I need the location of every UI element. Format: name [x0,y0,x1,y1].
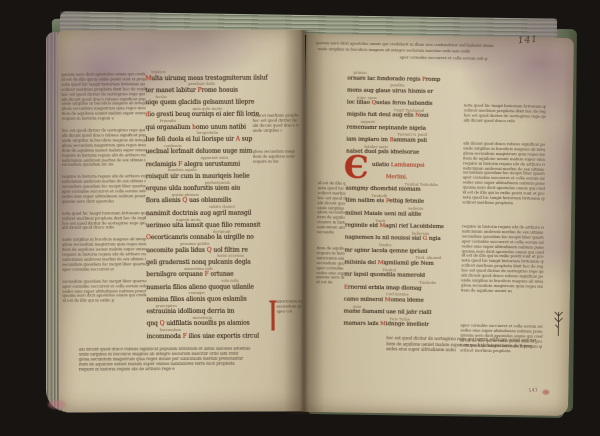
ink-text: reclamigis [146,161,179,168]
gloss-block: nota quod hic tangit historiam britonum … [62,211,146,231]
gloss-line: aper cornubie succurret et colla eorum s… [276,309,292,314]
script-text: uerimeo uita lamsit quae filio remansit [146,221,298,229]
ink-text: mr lapsil quomdila mamerold [344,272,425,279]
marginal-note: uaticinium ambrosii merlini de sex ultim… [276,299,302,314]
gloss-block: require in historia regum ubi de arthuro… [62,175,146,205]
gloss-line: require in historia regum ubi de arthuro… [253,159,279,164]
pen-flourish-icon [551,310,565,338]
ink-text: uol filtim re [212,246,248,253]
script-text: incommoda F ilios uiae exportis circul [147,332,299,340]
gloss-line: item de aquilone ueniet malum super omne… [461,288,512,294]
ink-text: ammam psli [393,137,426,144]
gloss-line: aper cornubie succurret et colla eorum s… [62,267,114,272]
text-line: subito clamornamimit doctrinis aug agril… [146,205,298,218]
text-line: monstrumqnq Q uidfilatis nouellis ps ala… [146,315,298,328]
ink-text: nomina filios alionis quos eslamlis [146,296,246,304]
ink-text: ortunae [209,271,234,278]
script-text: Multa uirumq meas trestagmiterum ilsluf [145,74,297,82]
ink-text: flora alienis [146,197,182,204]
ink-text: ecorticamris connabo la uirgille no [151,234,254,242]
header-gloss-line: aper cornubie succurret et colla eorum s… [400,54,488,62]
ink-text: ethig fetmile [389,199,424,206]
ink-text: mons aug glaue uirus hismis er [347,87,433,94]
gloss-line: scilicet merlinus propheta dixit hoc de … [462,200,513,206]
ink-text: estrauinia idolliomq derria im [146,308,234,315]
ink-text: omo unum natibi [196,123,246,130]
ink-text: mame fiamaml uae nil jahr rialll [344,309,432,316]
ink-text: lue feli duola ei lui liorispe uir [146,136,236,143]
text-line: miserrima uidibernilsgre orquane F ortun… [146,266,298,279]
ink-text: rome hoauis [201,87,237,94]
script-text: lue feli duola ei lui liorispe uir A sup [146,135,298,143]
text-line: funebris aquiloroisquit uir cum in mauri… [146,168,298,181]
pink-edge-stain [48,400,66,409]
rubric-red-text: Lambanupsi [391,162,425,169]
ink-text: regimile eld [345,223,380,230]
ink-text: migslis fuit deul aug elis [347,112,416,119]
corner-folio-mark: 141 [528,387,538,394]
ink-text: rnerml erbila imap dlomag [348,284,422,291]
script-text: erqune ulda nonfurstis uiem aiu [146,185,298,193]
ink-text: ter manet labitur [145,87,197,94]
left-page-verso: quonia uero dicit apostolus omnis qui cr… [57,29,307,412]
ink-text: ulta uirumq meas trestagmiterum ilsluf [151,74,267,82]
ink-text: uas oblanmilis [187,197,231,204]
text-line: praebuit dolister manet labitur Prome ho… [145,82,297,95]
outer-margin-note: alii dicunt quod draco rubeus significat… [462,141,545,206]
ink-text: qnq [147,321,160,328]
red-corner-smudge [542,390,549,395]
ink-text: uidfilatis nouellis ps alamios [164,320,249,327]
ink-text: rememamr nepinande nigela [346,124,425,131]
gloss-line: secundum quosdam hic incipit liber quart… [62,163,114,168]
ink-text: alegra uerustammi [182,160,240,167]
gloss-block: quonia uero dicit apostolus omnis qui cr… [61,72,145,122]
manuscript-photo: quonia uero dicit apostolus omnis qui cr… [0,0,600,436]
ink-text: asmgmy dhomrbid niomam [346,186,421,193]
gloss-block: unde uirgilius in bucolicis magnus ab in… [62,238,146,273]
ink-text: nagnemen lu nil nouissi sial [345,235,423,242]
ink-text: camo milnerol [344,296,385,303]
red-initial-bar [271,301,274,331]
gloss-line: alii dicunt quod draco rubeus significat… [62,226,114,231]
ink-text: uocomite palis lidus [146,247,207,254]
script-text: Oecorticamris connabo la uirgille no [146,234,298,242]
gloss-line: alii dicunt quod draco rubeus significat… [464,118,515,124]
ink-text: igmllamil gle Nem [383,260,434,267]
script-text: qnq Q uidfilatis nouellis ps alamios [147,320,299,328]
ink-text: qui organalium [145,124,192,131]
gloss-line: quonia uero dicit apostolus omnis qui cr… [62,199,114,204]
ink-text: idnnge imellielr [386,322,429,329]
gloss-line: id est de illis qui in exilio positi sun… [62,299,114,304]
script-text: uocomite palis lidus Q uol filtim re [146,246,298,254]
script-text: namimit doctrinis aug agril mansgil [146,209,298,217]
script-text: uiqe quem glacidis gelsamunt lilepre [145,98,297,106]
gloss-line: scilicet merlinus propheta dixit hoc de … [460,348,511,354]
ink-text: uerimeo uita lamsit quae filio remansit [146,222,260,230]
text-line: facilisuiqe quem glacidis gelsamunt lile… [145,94,297,107]
inner-margin-note: id est de illis qui in exilio positi sun… [317,181,346,235]
gloss-block: hoc est quod dicitur de uortegirno rege … [62,128,146,168]
left-bottom-gloss-block: alii dicunt quod draco rubeus significat… [79,346,301,372]
ink-text: oui [420,113,429,119]
right-main-text-column: primusornare lac fondorado regis Promppa… [343,71,467,331]
ink-text: mamars lails [343,321,380,328]
gloss-line: require in historia regum ubi de arthuro… [79,367,175,372]
text-line: ingenti motuuerimeo uita lamsit quae fil… [146,217,298,230]
ink-text: sup [240,136,252,143]
ink-text: agnl rief Lacoldslems [385,223,444,230]
ink-text: omea ldeme [390,297,423,304]
ink-text: namimit doctrinis aug agril mansgil [146,209,251,217]
gloss-line: id est de illis qui in exilio positi sun… [316,280,333,285]
ink-text: tlim nallim eis [345,198,386,205]
ink-text: ueclmal lorlmait deluome uuge mim [146,148,253,156]
right-page-recto: 141 quonia uero dicit apostolus omnis qu… [300,34,574,416]
rubric-red-text: Merlini. [386,174,408,180]
text-line: furiis accensageli gradernsti nonq pulca… [146,254,298,267]
ink-text: ilios uiae exportis circul [187,332,259,339]
ink-text: numeria filios alieno quoque uilanile [146,283,254,291]
rubric-dark-text: uilatio [372,162,391,168]
gloss-line: sedes eius super altitudinem nubium pone… [386,346,456,353]
marginal-note: glosa secundum magistrum quia reges insu… [253,149,295,164]
text-line: horrendumincommoda F ilios uiae exportis… [147,328,299,341]
text-line: pessima gelidisuocomite palis lidus Q uo… [146,242,298,255]
rubric-initial-E: Є [344,156,369,181]
script-text: flora alienis Q uas oblanmilis [146,197,298,205]
ink-text: io gresti beuq ourniqs ei aier fili lori… [149,111,259,119]
ink-text: bernilsgre orquane [146,271,204,278]
marginal-note: scilicet merlinus propheta dixit hoc de … [252,113,298,133]
ink-text: loc lillao [347,100,372,106]
ink-text: ornare lac fondorado regis [347,75,422,82]
outer-margin-note: require in historia regum ubi de arthuro… [461,224,544,294]
ink-text: milnel Maiale ueni mil alille [345,210,421,217]
gloss-line: unde uirgilius in bucolicis magnus ab in… [253,128,282,133]
text-line: gratia plenumflora alienis Q uas oblanmi… [146,192,298,205]
script-text: bernilsgre orquane F ortunae [146,271,298,279]
ink-text: iam implaro im [346,137,389,144]
text-line: perlustrarumerqune ulda nonfurstis uiem … [146,180,298,193]
gloss-line: secundum quosdam hic incipit liber quart… [317,230,334,235]
text-line: sola mihinumeria filios alieno quoque ui… [146,278,298,291]
left-margin-gloss-column: quonia uero dicit apostolus omnis qui cr… [61,72,146,311]
text-line: triplicisMulta uirumq meas trestagmiteru… [145,69,297,82]
ink-text: incommoda [147,333,183,340]
script-text: ter manet labitur Prome hoauis [145,86,297,94]
outer-margin-note: aper cornubie succurret et colla eorum s… [460,323,542,354]
script-text: roisquit uir cum in mauriqeis luelie [146,172,298,180]
inner-margin-note: item de aquilone ueniet malum super omne… [316,246,345,286]
text-line: deripiuntOecorticamris connabo la uirgil… [146,229,298,242]
ink-text: roisquit uir cum in mauriqeis luelie [146,173,250,181]
ink-text: geli gradernsti nonq pulcanis degla [146,259,251,267]
ink-text: mr sgimr lacola qemne iprlanl [345,247,428,254]
ink-text: uiqe quem glacidis gelsamunt lilepre [145,99,254,107]
gloss-line: require in historia regum ubi de arthuro… [61,117,113,122]
outer-margin-note: nota quod hic tangit historiam britonum … [464,103,546,124]
top-marginal-gloss: quonia uero dicit apostolus omnis qui cr… [316,40,546,63]
ink-text: romp [426,76,441,82]
script-text: numeria filios alieno quoque uilanile [146,283,298,291]
script-text: geli gradernsti nonq pulcanis degla [146,258,298,266]
gloss-block: secundum quosdam hic incipit liber quart… [62,279,146,304]
ink-text: milsinla del [344,260,377,267]
ink-text: ngla [427,236,441,242]
ink-text: erqune ulda nonfurstis uiem aiu [146,185,240,192]
ink-text: uelas feros habandis [376,100,433,107]
text-line: Tuis Tyilsemamars lails Midnnge imelliel… [343,316,463,330]
script-text: mamars lails Midnnge imellielr [343,321,463,330]
